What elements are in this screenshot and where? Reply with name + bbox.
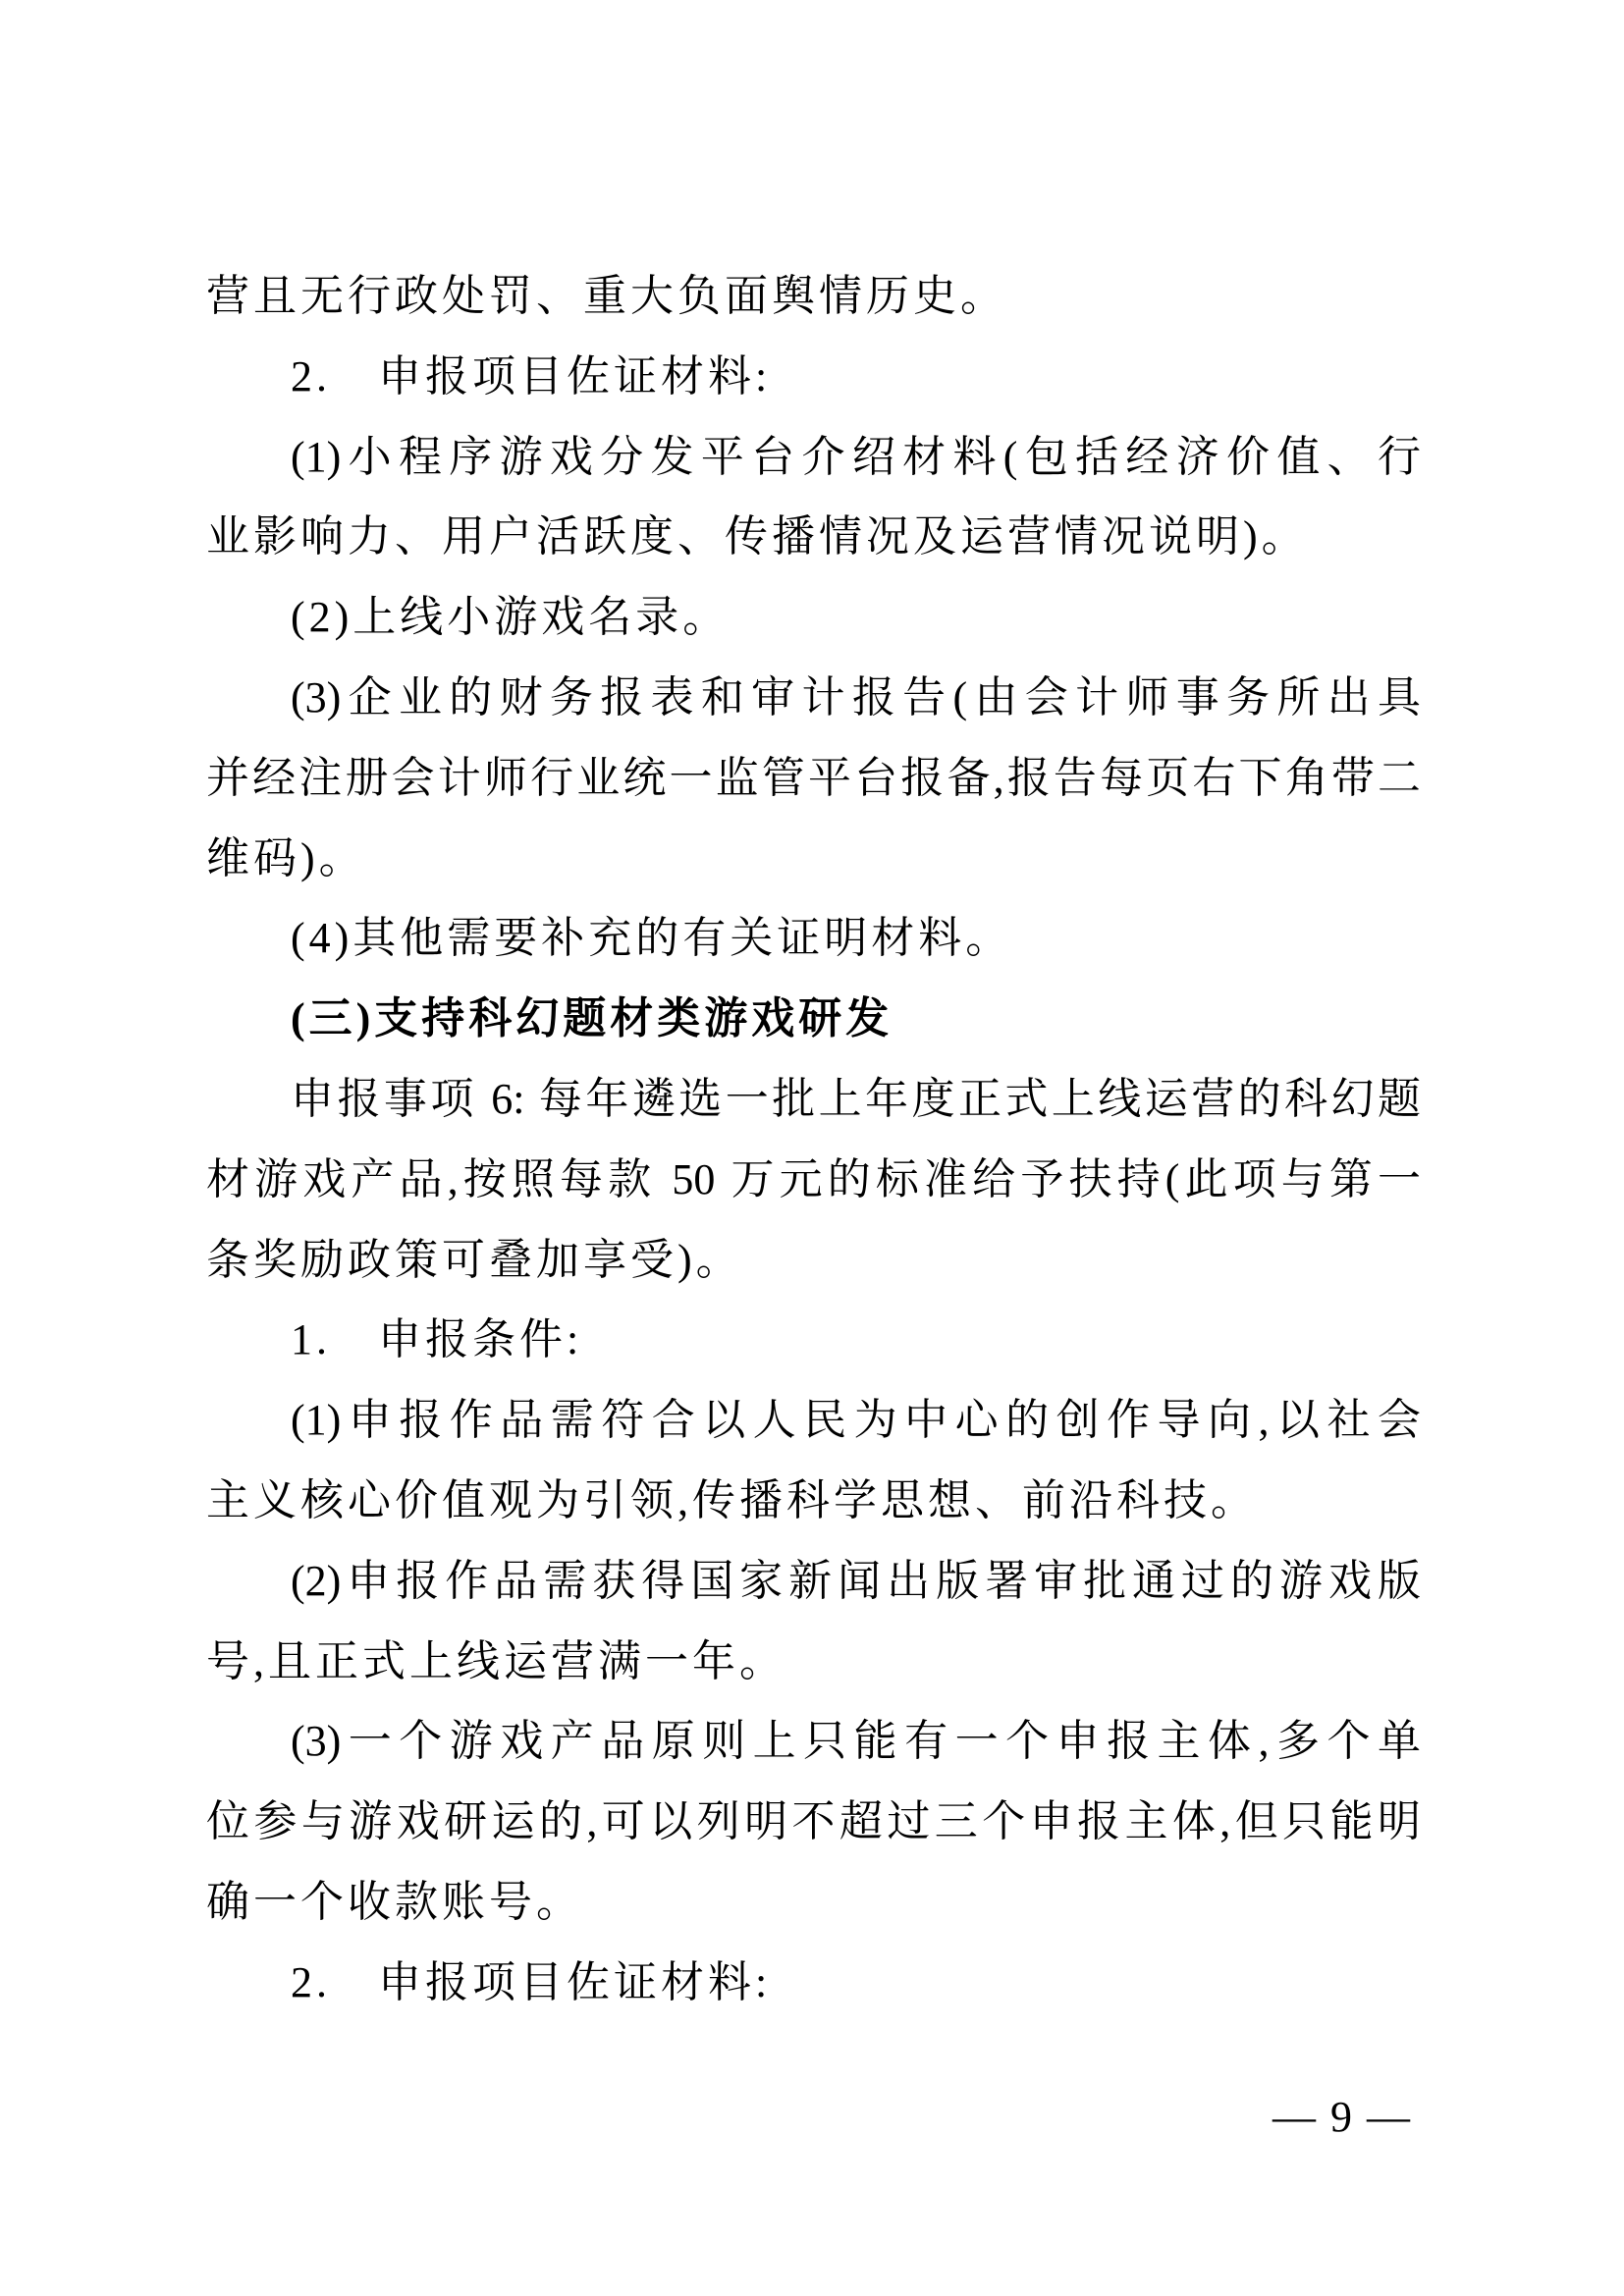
text-line: (2)上线小游戏名录。 bbox=[206, 577, 1421, 658]
text-line: 业影响力、用户活跃度、传播情况及运营情况说明)。 bbox=[206, 497, 1421, 577]
text-line: (1)申报作品需符合以人民为中心的创作导向,以社会 bbox=[206, 1380, 1421, 1461]
text-line: 申报事项 6: 每年遴选一批上年度正式上线运营的科幻题 bbox=[206, 1059, 1421, 1140]
page-number: — 9 — bbox=[1272, 2093, 1412, 2142]
text-line: (4)其他需要补充的有关证明材料。 bbox=[206, 898, 1421, 979]
text-line: (3)一个游戏产品原则上只能有一个申报主体,多个单 bbox=[206, 1701, 1421, 1782]
text-line: 确一个收款账号。 bbox=[206, 1862, 1421, 1943]
text-line: 位参与游戏研运的,可以列明不超过三个申报主体,但只能明 bbox=[206, 1782, 1421, 1862]
text-line: 维码)。 bbox=[206, 819, 1421, 899]
text-line: 条奖励政策可叠加享受)。 bbox=[206, 1220, 1421, 1301]
text-line: 营且无行政处罚、重大负面舆情历史。 bbox=[206, 256, 1421, 337]
section-heading: (三)支持科幻题材类游戏研发 bbox=[206, 979, 1421, 1059]
document-page: { "page": { "background_color": "#ffffff… bbox=[0, 0, 1624, 2296]
document-body: 营且无行政处罚、重大负面舆情历史。2. 申报项目佐证材料:(1)小程序游戏分发平… bbox=[206, 256, 1421, 2023]
text-line: 并经注册会计师行业统一监管平台报备,报告每页右下角带二 bbox=[206, 738, 1421, 819]
text-line: 2. 申报项目佐证材料: bbox=[206, 337, 1421, 417]
text-line: (1)小程序游戏分发平台介绍材料(包括经济价值、行 bbox=[206, 417, 1421, 498]
text-line: 材游戏产品,按照每款 50 万元的标准给予扶持(此项与第一 bbox=[206, 1140, 1421, 1220]
text-line: 2. 申报项目佐证材料: bbox=[206, 1943, 1421, 2023]
text-line: (3)企业的财务报表和审计报告(由会计师事务所出具 bbox=[206, 658, 1421, 738]
text-line: (2)申报作品需获得国家新闻出版署审批通过的游戏版 bbox=[206, 1541, 1421, 1622]
text-line: 1. 申报条件: bbox=[206, 1300, 1421, 1380]
text-line: 号,且正式上线运营满一年。 bbox=[206, 1622, 1421, 1702]
text-line: 主义核心价值观为引领,传播科学思想、前沿科技。 bbox=[206, 1461, 1421, 1541]
